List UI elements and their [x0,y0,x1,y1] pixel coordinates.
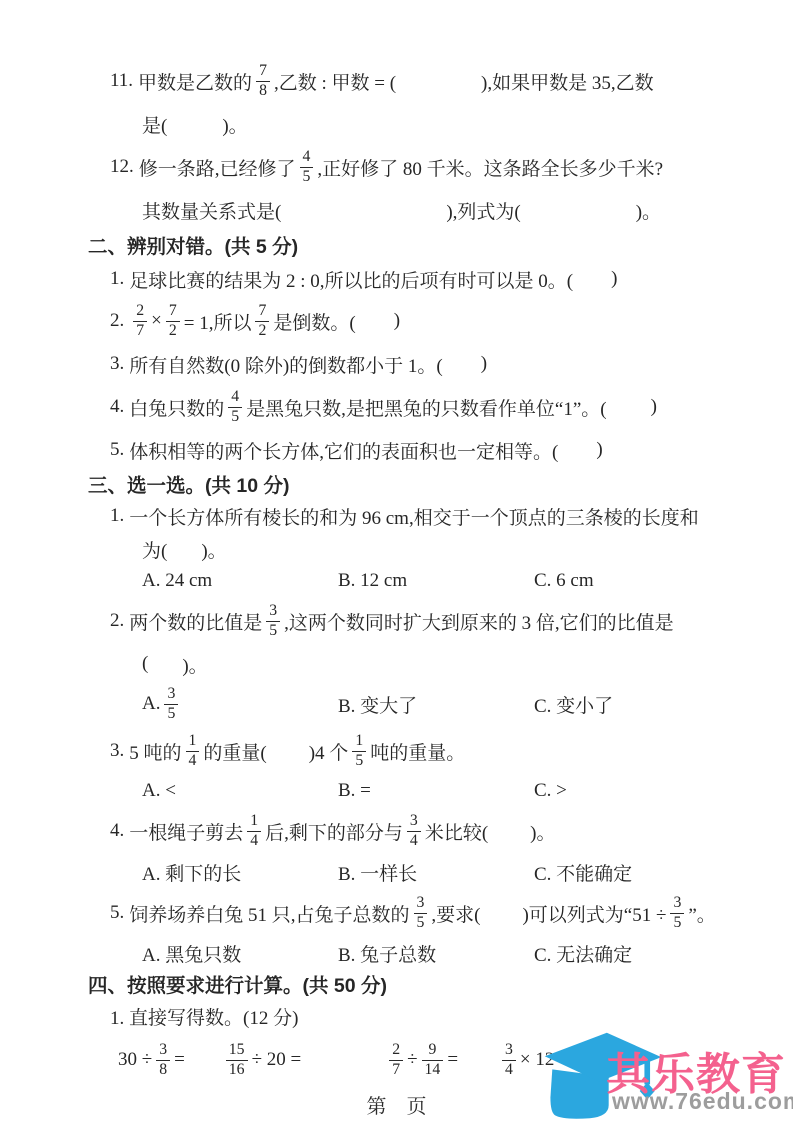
judge-question-4: 4. 白兔只数的 45 是黑兔只数,是把黑兔的只数看作单位“1”。( ) [110,382,793,432]
calc-expression-1: 30 ÷ 38 = [118,1042,185,1078]
fraction-15-16: 1516 [226,1042,248,1078]
question-text: 米比较( [425,818,488,845]
question-text: ) [481,353,487,375]
answer-blank [480,913,522,914]
question-text: 所有自然数(0 除外)的倒数都小于 1。( [129,351,442,378]
section-title-text: 三、选一选。(共 10 分) [88,470,290,498]
option-c: C. 变小了 [534,691,730,718]
choice-question-5-options: A. 黑兔只数 B. 兔子总数 C. 无法确定 [142,938,793,968]
question-12-line-2: 其数量关系式是( ),列式为( )。 [142,192,793,228]
question-text: ,这两个数同时扩大到原来的 3 倍,它们的比值是 [284,608,674,635]
question-text: 甲数是乙数的 [138,68,252,95]
question-text: ),列式为( [446,197,520,224]
section-3-title: 三、选一选。(共 10 分) [88,468,793,500]
question-text: 为( [142,536,167,563]
fraction-2-7: 27 [389,1042,403,1078]
fraction-1-4: 14 [186,733,200,769]
question-number: 5. [110,902,124,924]
question-text: 是倒数。( [273,308,355,335]
question-12-line-1: 12. 修一条路,已经修了 45 ,正好修了 80 千米。这条路全长多少千米? [110,142,793,192]
expression-text: = [447,1049,458,1071]
question-text: ) [394,310,400,332]
calc-expression-3: 27 ÷ 914 = [385,1042,458,1078]
question-number: 12. [110,156,134,178]
question-text: 一根绳子剪去 [129,818,243,845]
exam-paper-page: 11. 甲数是乙数的 78 ,乙数 : 甲数 = ( ),如果甲数是 35,乙数… [0,0,793,1122]
fraction-4-5: 45 [228,389,242,425]
fraction-3-8: 38 [156,1042,170,1078]
fraction-4-5: 45 [300,149,314,185]
section-title-text: 二、辨别对错。(共 5 分) [88,231,298,259]
question-number: 3. [110,740,124,762]
question-text: 是( [142,111,167,138]
answer-blank [396,81,481,82]
question-11-line-1: 11. 甲数是乙数的 78 ,乙数 : 甲数 = ( ),如果甲数是 35,乙数 [110,56,793,106]
answer-blank [607,407,651,408]
question-text: )可以列式为“51 ÷ [522,900,666,927]
operator-multiply: × [151,310,162,332]
fraction-3-4: 34 [407,813,421,849]
option-c: C. > [534,780,730,802]
fraction-1-5: 15 [352,733,366,769]
fraction-3-5: 35 [670,895,684,931]
answer-blank [573,279,611,280]
question-text: ,要求( [431,900,480,927]
question-text: )。 [222,111,247,138]
answer-blank [356,321,394,322]
question-text: )4 个 [309,738,349,765]
fraction-3-5: 35 [164,686,178,722]
question-text: )。 [530,818,555,845]
question-text: 两个数的比值是 [129,608,262,635]
option-a: A. 黑兔只数 [142,940,338,967]
expression-text: ÷ 20 = [252,1049,302,1071]
question-text: 其数量关系式是( [142,197,281,224]
paper-content: 11. 甲数是乙数的 78 ,乙数 : 甲数 = ( ),如果甲数是 35,乙数… [0,0,793,1088]
option-c: C. 6 cm [534,570,730,592]
question-number: 4. [110,820,124,842]
option-b: B. 变大了 [338,691,534,718]
fraction-2-7: 27 [133,303,147,339]
choice-question-1-options: A. 24 cm B. 12 cm C. 6 cm [142,566,793,596]
question-text: 体积相等的两个长方体,它们的表面积也一定相等。( [129,437,558,464]
answer-blank [167,124,222,125]
answer-blank [443,364,481,365]
answer-blank [281,210,446,211]
answer-blank [167,549,201,550]
fraction-7-8: 78 [256,63,270,99]
fraction-9-14: 914 [422,1042,444,1078]
operator-divide: ÷ [407,1049,417,1071]
question-number: 1. [110,505,124,527]
question-text: 后,剩下的部分与 [265,818,403,845]
section-4-title: 四、按照要求进行计算。(共 50 分) [88,968,793,1000]
fraction-7-2: 72 [255,303,269,339]
choice-question-4-options: A. 剩下的长 B. 一样长 C. 不能确定 [142,856,793,888]
choice-question-3: 3. 5 吨的 14 的重量( )4 个 15 吨的重量。 [110,726,793,776]
question-text: )。 [636,197,661,224]
question-text: ) [596,439,602,461]
question-number: 4. [110,396,124,418]
option-b: B. 一样长 [338,859,534,886]
answer-blank [488,831,530,832]
question-text: 是黑兔只数,是把黑兔的只数看作单位“1”。( [246,394,606,421]
option-b: B. 兔子总数 [338,940,534,967]
question-text: 足球比赛的结果为 2 : 0,所以比的后项有时可以是 0。( [129,266,573,293]
choice-question-1-line-1: 1. 一个长方体所有棱长的和为 96 cm,相交于一个顶点的三条棱的长度和 [110,500,793,532]
question-11-line-2: 是( )。 [142,106,793,142]
fraction-3-4: 34 [502,1042,516,1078]
question-text: )。 [182,651,207,678]
option-label: A. [142,693,160,715]
fraction-1-4: 14 [247,813,261,849]
choice-question-3-options: A. < B. = C. > [142,776,793,806]
expression-text: = [174,1049,185,1071]
question-text: ,乙数 : 甲数 = ( [274,68,396,95]
subtitle-text: 1. 直接写得数。(12 分) [110,1003,298,1030]
option-a: A.35 [142,686,338,722]
answer-blank [148,664,182,665]
choice-question-5: 5. 饲养场养白兔 51 只,占兔子总数的 35 ,要求( )可以列式为“51 … [110,888,793,938]
fraction-3-5: 35 [266,603,280,639]
option-c: C. 无法确定 [534,940,730,967]
question-text: 吨的重量。 [370,738,465,765]
option-b: B. = [338,780,534,802]
question-number: 2. [110,310,124,332]
judge-question-3: 3. 所有自然数(0 除外)的倒数都小于 1。( ) [110,346,793,382]
question-text: ”。 [688,900,715,927]
section-2-title: 二、辨别对错。(共 5 分) [88,228,793,262]
question-text: 一个长方体所有棱长的和为 96 cm,相交于一个顶点的三条棱的长度和 [129,503,698,530]
option-a: A. 剩下的长 [142,859,338,886]
question-number: 3. [110,353,124,375]
choice-question-1-line-2: 为( )。 [142,532,793,566]
question-number: 5. [110,439,124,461]
fraction-7-2: 72 [166,303,180,339]
choice-question-2-options: A.35 B. 变大了 C. 变小了 [142,682,793,726]
judge-question-5: 5. 体积相等的两个长方体,它们的表面积也一定相等。( ) [110,432,793,468]
question-text: 的重量( [203,738,266,765]
judge-question-2: 2. 27 × 72 = 1,所以 72 是倒数。( ) [110,296,793,346]
option-b: B. 12 cm [338,570,534,592]
question-text: 5 吨的 [129,738,181,765]
judge-question-1: 1. 足球比赛的结果为 2 : 0,所以比的后项有时可以是 0。( ) [110,262,793,296]
choice-question-2-line-2: ( )。 [142,646,793,682]
question-number: 1. [110,268,124,290]
choice-question-4: 4. 一根绳子剪去 14 后,剩下的部分与 34 米比较( )。 [110,806,793,856]
question-text: 饲养场养白兔 51 只,占兔子总数的 [129,900,409,927]
question-number: 2. [110,610,124,632]
question-text: 白兔只数的 [129,394,224,421]
question-text: 修一条路,已经修了 [139,154,296,181]
question-text: ,正好修了 80 千米。这条路全长多少千米? [317,154,663,181]
option-a: A. 24 cm [142,570,338,592]
question-number: 11. [110,70,133,92]
question-text: ),如果甲数是 35,乙数 [481,68,654,95]
question-text: ) [651,396,657,418]
answer-blank [558,450,596,451]
answer-blank [521,210,636,211]
question-text: )。 [201,536,226,563]
option-c: C. 不能确定 [534,859,730,886]
expression-text: 30 ÷ [118,1049,152,1071]
question-text: ) [611,268,617,290]
calc-expression-2: 1516 ÷ 20 = [222,1042,301,1078]
answer-blank [267,751,309,752]
option-a: A. < [142,780,338,802]
watermark-logo: 其乐教育 www.76edu.com [540,1026,793,1122]
brand-url: www.76edu.com [612,1088,793,1115]
question-text: = 1,所以 [184,308,252,335]
fraction-3-5: 35 [414,895,428,931]
choice-question-2-line-1: 2. 两个数的比值是 35 ,这两个数同时扩大到原来的 3 倍,它们的比值是 [110,596,793,646]
section-title-text: 四、按照要求进行计算。(共 50 分) [88,970,387,998]
